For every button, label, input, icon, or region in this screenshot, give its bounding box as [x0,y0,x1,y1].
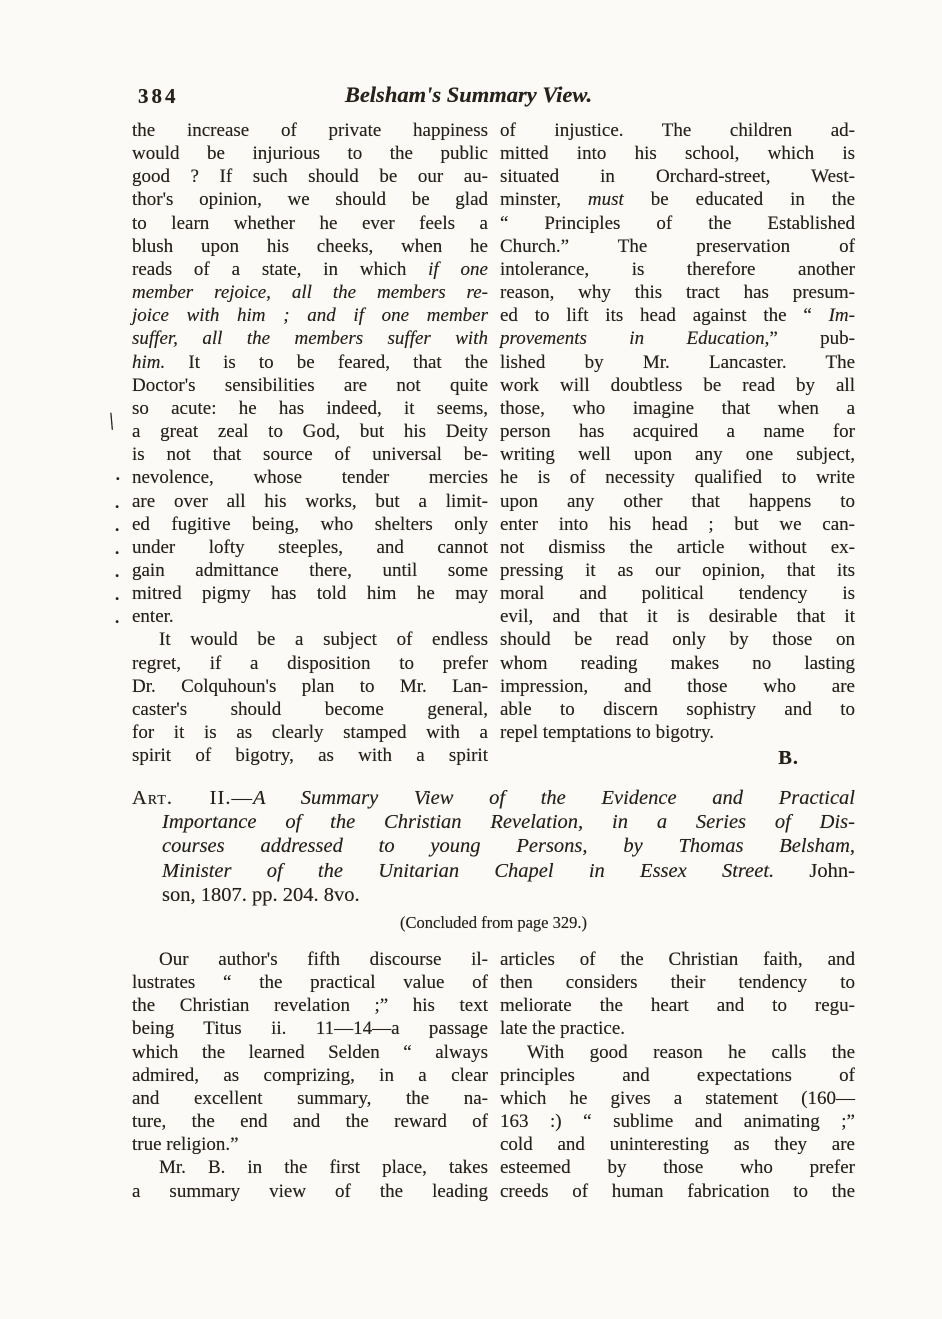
text-line: cold and uninteresting as they are [500,1133,855,1156]
text-line: son, 1807. pp. 204. 8vo. [132,883,855,907]
article2-left-lines: Our author's fifth discourse il-lustrate… [132,948,488,1203]
text-line: joice with him ; and if one member [132,304,488,327]
page-number: 384 [138,84,179,109]
text-line: courses addressed to young Persons, by T… [132,834,855,858]
text-line: being Titus ii. 11—14—a passage [132,1017,488,1040]
text-line: the increase of private happiness [132,119,488,142]
text-line: not dismiss the article without ex- [500,536,855,559]
article2-heading: Art. II.—A Summary View of the Evidence … [132,786,855,907]
text-line: he is of necessity qualified to write [500,466,855,489]
text-line: enter into his head ; but we can- [500,513,855,536]
text-line: blush upon his cheeks, when he [132,235,488,258]
text-line: minster, must be educated in the [500,188,855,211]
text-line: .enter. [132,605,488,628]
text-line: reads of a state, in which if one [132,258,488,281]
text-line: writing well upon any one subject, [500,443,855,466]
text-line: Importance of the Christian Revelation, … [132,810,855,834]
text-line: ·nevolence, whose tender mercies [132,466,488,489]
text-line: With good reason he calls the [500,1041,855,1064]
text-line: so acute: he has indeed, it seems, [132,397,488,420]
text-line: Art. II.—A Summary View of the Evidence … [132,786,855,810]
text-line: Minister of the Unitarian Chapel in Esse… [132,859,855,883]
margin-mark: . [115,606,119,629]
text-line: upon any other that happens to [500,490,855,513]
text-line: \a great zeal to God, but his Deity [132,420,488,443]
text-line: thor's opinion, we should be glad [132,188,488,211]
text-line: .mitred pigmy has told him he may [132,582,488,605]
text-line: ture, the end and the reward of [132,1110,488,1133]
text-line: mitted into his school, which is [500,142,855,165]
text-line: which he gives a statement (160— [500,1087,855,1110]
text-line: situated in Orchard-street, West- [500,165,855,188]
text-line: evil, and that it is desirable that it [500,605,855,628]
text-line: .are over all his works, but a limit- [132,490,488,513]
text-line: should be read only by those on [500,628,855,651]
text-line: 163 :) “ sublime and animating ;” [500,1110,855,1133]
text-line: which the learned Selden “ always [132,1041,488,1064]
text-line: Doctor's sensibilities are not quite [132,374,488,397]
text-line: Our author's fifth discourse il- [132,948,488,971]
article2-column-right: articles of the Christian faith, andthen… [500,948,855,1203]
text-line: repel temptations to bigotry. [500,721,855,744]
text-line: articles of the Christian faith, and [500,948,855,971]
article2-body: Our author's fifth discourse il-lustrate… [132,948,855,1203]
text-line: It would be a subject of endless [132,628,488,651]
text-line: ed to lift its head against the “ Im- [500,304,855,327]
text-line: reason, why this tract has presum- [500,281,855,304]
text-line: the Christian revelation ;” his text [132,994,488,1017]
text-line: Mr. B. in the first place, takes [132,1156,488,1179]
text-line: late the practice. [500,1017,855,1040]
text-line: for it is as clearly stamped with a [132,721,488,744]
text-line: “ Principles of the Established [500,212,855,235]
text-line: then considers their tendency to [500,971,855,994]
article2-column-left: Our author's fifth discourse il-lustrate… [132,948,488,1203]
running-title: Belsham's Summary View. [132,82,855,108]
text-line: lustrates “ the practical value of [132,971,488,994]
text-line: would be injurious to the public [132,142,488,165]
article1-right-lines: of injustice. The children ad-mitted int… [500,119,855,744]
text-line: creeds of human fabrication to the [500,1180,855,1203]
article1-column-right: of injustice. The children ad-mitted int… [500,119,855,770]
margin-mark: . [115,514,119,537]
page-header: 384 Belsham's Summary View. [132,82,855,116]
article1-body: the increase of private happinesswould b… [132,119,855,770]
text-line: those, who imagine that when a [500,397,855,420]
article1-left-lines: the increase of private happinesswould b… [132,119,488,767]
text-line: .ed fugitive being, who shelters only [132,513,488,536]
text-line: intolerance, is therefore another [500,258,855,281]
text-line: .under lofty steeples, and cannot [132,536,488,559]
text-line: provements in Education,” pub- [500,327,855,350]
text-line: meliorate the heart and to regu- [500,994,855,1017]
text-line: is not that source of universal be- [132,443,488,466]
margin-mark: \ [105,411,117,435]
text-line: person has acquired a name for [500,420,855,443]
text-line: principles and expectations of [500,1064,855,1087]
text-line: caster's should become general, [132,698,488,721]
text-line: of injustice. The children ad- [500,119,855,142]
text-line: to learn whether he ever feels a [132,212,488,235]
text-line: whom reading makes no lasting [500,652,855,675]
text-line: Dr. Colquhoun's plan to Mr. Lan- [132,675,488,698]
reviewer-signature: B. [500,747,855,770]
text-line: impression, and those who are [500,675,855,698]
text-line: and excellent summary, the na- [132,1087,488,1110]
text-line: admired, as comprizing, in a clear [132,1064,488,1087]
text-line: Church.” The preservation of [500,235,855,258]
text-line: spirit of bigotry, as with a spirit [132,744,488,767]
text-line: esteemed by those who prefer [500,1156,855,1179]
text-line: regret, if a disposition to prefer [132,652,488,675]
margin-mark: . [115,537,119,560]
article2-right-lines: articles of the Christian faith, andthen… [500,948,855,1203]
text-line: good ? If such should be our au- [132,165,488,188]
margin-mark: . [115,560,119,583]
text-line: lished by Mr. Lancaster. The [500,351,855,374]
text-line: true religion.” [132,1133,488,1156]
text-line: a summary view of the leading [132,1180,488,1203]
text-line: work will doubtless be read by all [500,374,855,397]
margin-mark: . [115,491,119,514]
text-line: moral and political tendency is [500,582,855,605]
concluded-note: (Concluded from page 329.) [132,913,855,933]
text-line: able to discern sophistry and to [500,698,855,721]
text-line: .gain admittance there, until some [132,559,488,582]
article2-heading-lines: Art. II.—A Summary View of the Evidence … [132,786,855,907]
margin-mark: · [115,467,121,490]
text-line: pressing it as our opinion, that its [500,559,855,582]
margin-mark: . [115,583,119,606]
text-line: member rejoice, all the members re- [132,281,488,304]
text-line: suffer, all the members suffer with [132,327,488,350]
article1-column-left: the increase of private happinesswould b… [132,119,488,770]
text-line: him. It is to be feared, that the [132,351,488,374]
scanned-book-page: 384 Belsham's Summary View. the increase… [0,0,942,1319]
